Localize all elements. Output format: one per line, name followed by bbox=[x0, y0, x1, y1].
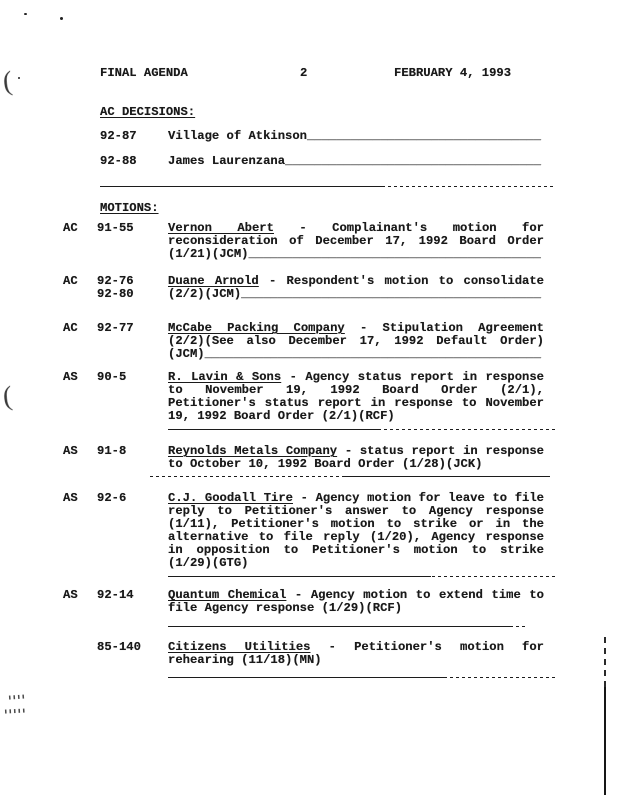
underscore-fill: ________________________________________… bbox=[205, 347, 541, 361]
ink-speck bbox=[18, 77, 20, 79]
ink-speck bbox=[60, 17, 63, 20]
motion-row: 85-140 Citizens Utilities - Petitioner's… bbox=[63, 641, 544, 667]
entry-docket: 91-8 bbox=[97, 445, 168, 458]
pencil-smudge bbox=[9, 694, 26, 699]
entry-docket: 92-14 bbox=[97, 589, 168, 602]
section-heading-motions: MOTIONS: bbox=[100, 202, 159, 215]
pencil-smudge bbox=[5, 708, 27, 713]
scan-edge-line-dashed bbox=[604, 637, 606, 687]
party-name: Quantum Chemical bbox=[168, 588, 286, 602]
entry-type: AS bbox=[63, 492, 97, 505]
decision-row: 92-87 Village of Atkinson_______________… bbox=[100, 130, 544, 143]
header-page-number: 2 bbox=[300, 67, 307, 80]
party-name: Duane Arnold bbox=[168, 274, 259, 288]
signature-rule bbox=[168, 427, 555, 430]
entry-name: James Laurenzana________________________… bbox=[168, 155, 544, 168]
entry-docket: 90-5 bbox=[97, 371, 168, 384]
entry-docket: 91-55 bbox=[97, 222, 168, 235]
underscore-fill: ________________________________________ bbox=[248, 247, 541, 261]
party-name: R. Lavin & Sons bbox=[168, 370, 281, 384]
entry-docket: 92-77 bbox=[97, 322, 168, 335]
entry-text: C.J. Goodall Tire - Agency motion for le… bbox=[168, 492, 544, 570]
party-name: Reynolds Metals Company bbox=[168, 444, 337, 458]
motion-row: AS 90-5 R. Lavin & Sons - Agency status … bbox=[63, 371, 544, 423]
entry-type: AC bbox=[63, 222, 97, 235]
entry-text: Quantum Chemical - Agency motion to exte… bbox=[168, 589, 544, 615]
party-name: McCabe Packing Company bbox=[168, 321, 345, 335]
entry-text: McCabe Packing Company - Stipulation Agr… bbox=[168, 322, 544, 361]
motion-row: AS 92-6 C.J. Goodall Tire - Agency motio… bbox=[63, 492, 544, 570]
scan-edge-line-solid bbox=[604, 687, 606, 795]
underscore-fill: ________________________________________… bbox=[241, 287, 541, 301]
motion-row: AC 91-55 Vernon Abert - Complainant's mo… bbox=[63, 222, 544, 261]
underscore-fill: ________________________________ bbox=[307, 129, 541, 143]
entry-type: AS bbox=[63, 445, 97, 458]
party-name: C.J. Goodall Tire bbox=[168, 491, 293, 505]
scanned-agenda-page: FINAL AGENDA 2 FEBRUARY 4, 1993 AC DECIS… bbox=[0, 0, 618, 800]
entry-type: AC bbox=[63, 322, 97, 335]
motion-row: AC 92-77 McCabe Packing Company - Stipul… bbox=[63, 322, 544, 361]
handwritten-paren-mark: ( bbox=[1, 381, 13, 413]
underscore-fill: ___________________________________ bbox=[285, 154, 541, 168]
signature-rule bbox=[100, 184, 555, 187]
ink-speck bbox=[24, 13, 27, 15]
entry-docket: 92-87 bbox=[100, 130, 168, 143]
entry-text: Vernon Abert - Complainant's motion for … bbox=[168, 222, 544, 261]
entry-text: Citizens Utilities - Petitioner's motion… bbox=[168, 641, 544, 667]
entry-text: Reynolds Metals Company - status report … bbox=[168, 445, 544, 471]
party-name: Citizens Utilities bbox=[168, 640, 310, 654]
entry-type: AC bbox=[63, 275, 97, 288]
motion-row: AC 92-76 92-80 Duane Arnold - Respondent… bbox=[63, 275, 544, 301]
entry-name: Village of Atkinson_____________________… bbox=[168, 130, 544, 143]
motion-row: AS 91-8 Reynolds Metals Company - status… bbox=[63, 445, 544, 471]
signature-rule bbox=[150, 474, 550, 477]
entry-docket: 85-140 bbox=[97, 641, 168, 654]
entry-docket: 92-6 bbox=[97, 492, 168, 505]
entry-docket: 92-88 bbox=[100, 155, 168, 168]
signature-rule bbox=[168, 574, 555, 577]
entry-type: AS bbox=[63, 371, 97, 384]
header-title: FINAL AGENDA bbox=[100, 67, 188, 80]
entry-docket: 92-76 92-80 bbox=[97, 275, 168, 301]
signature-rule bbox=[168, 675, 555, 678]
motion-row: AS 92-14 Quantum Chemical - Agency motio… bbox=[63, 589, 544, 615]
section-heading-ac-decisions: AC DECISIONS: bbox=[100, 106, 195, 119]
header-date: FEBRUARY 4, 1993 bbox=[394, 67, 511, 80]
decision-row: 92-88 James Laurenzana__________________… bbox=[100, 155, 544, 168]
entry-type: AS bbox=[63, 589, 97, 602]
entry-text: R. Lavin & Sons - Agency status report i… bbox=[168, 371, 544, 423]
signature-rule bbox=[168, 624, 527, 627]
handwritten-paren-mark: ( bbox=[1, 66, 13, 98]
entry-text: Duane Arnold - Respondent's motion to co… bbox=[168, 275, 544, 301]
party-name: Vernon Abert bbox=[168, 221, 274, 235]
